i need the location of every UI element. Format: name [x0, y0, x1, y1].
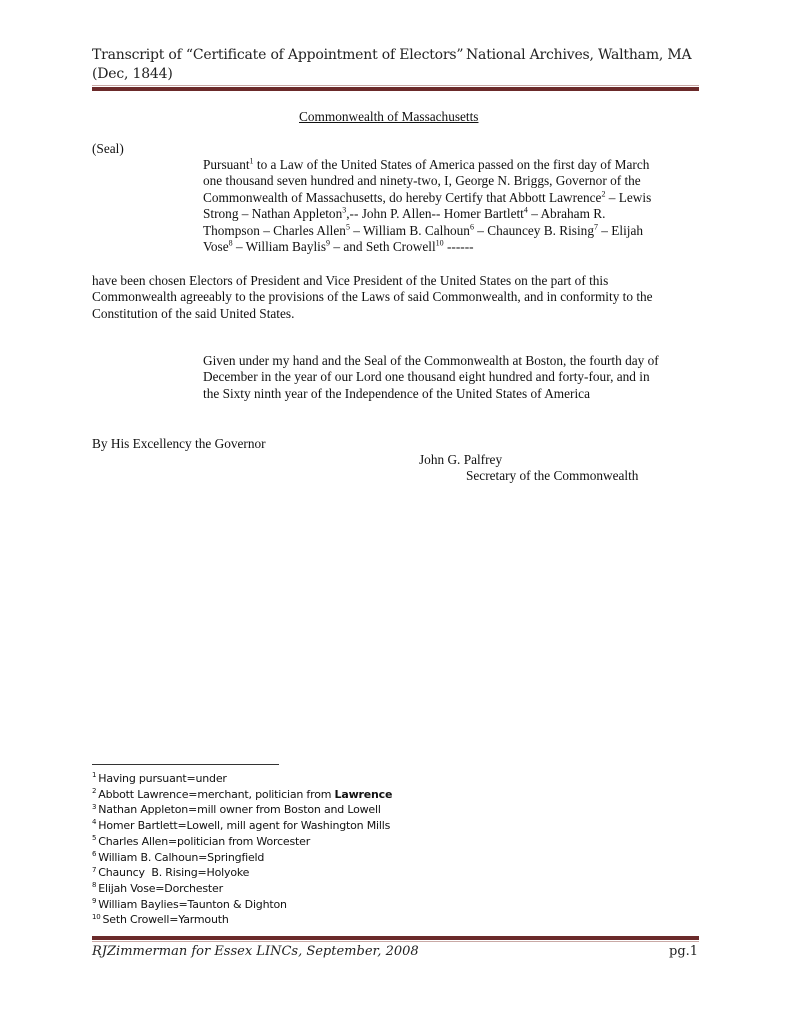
- footnote-number: 1: [92, 771, 96, 779]
- footnote-ref: 10: [436, 239, 444, 248]
- header-title: Transcript of “Certificate of Appointmen…: [92, 47, 463, 63]
- paragraph-line: Given under my hand and the Seal of the …: [203, 353, 703, 369]
- text-run: – Abraham R.: [528, 206, 606, 221]
- footnote-item: 4Homer Bartlett=Lowell, mill agent for W…: [92, 818, 492, 834]
- footnote-text: William Baylies=Taunton & Dighton: [98, 898, 287, 911]
- footnote-separator: [92, 764, 279, 765]
- text-run: Vose: [203, 239, 229, 254]
- footnote-text: Seth Crowell=Yarmouth: [103, 913, 229, 926]
- footnote-item: 2Abbott Lawrence=merchant, politician fr…: [92, 787, 492, 803]
- footnote-number: 6: [92, 850, 96, 858]
- footnote-text: Elijah Vose=Dorchester: [98, 882, 223, 895]
- header-rule-thin: [92, 85, 699, 86]
- paragraph-line: December in the year of our Lord one tho…: [203, 369, 703, 385]
- footnote-number: 4: [92, 818, 96, 826]
- text-run: – Chauncey B. Rising: [474, 223, 594, 238]
- footnote-item: 5Charles Allen=politician from Worcester: [92, 834, 492, 850]
- text-run: – and Seth Crowell: [330, 239, 436, 254]
- text-run: – Lewis: [605, 190, 651, 205]
- footnote-item: 3Nathan Appleton=mill owner from Boston …: [92, 802, 492, 818]
- footnote-text: Chauncy B. Rising=Holyoke: [98, 866, 249, 879]
- footnote-item: 6William B. Calhoun=Springfield: [92, 850, 492, 866]
- footnote-number: 10: [92, 913, 101, 921]
- header-source: National Archives, Waltham, MA: [466, 47, 691, 63]
- text-run: one thousand seven hundred and ninety-tw…: [203, 173, 641, 188]
- text-run: Commonwealth of Massachusetts, do hereby…: [203, 190, 601, 205]
- paragraph-line: the Sixty ninth year of the Independence…: [203, 386, 703, 402]
- header-date: (Dec, 1844): [92, 66, 173, 82]
- paragraph-line: have been chosen Electors of President a…: [92, 273, 702, 289]
- footer-author: RJZimmerman for Essex LINCs, September, …: [92, 944, 419, 959]
- footnote-text: William B. Calhoun=Springfield: [98, 851, 264, 864]
- paragraph-line: Vose8 – William Baylis9 – and Seth Crowe…: [203, 239, 703, 255]
- footnote-text: Homer Bartlett=Lowell, mill agent for Wa…: [98, 819, 390, 832]
- footnote-text: Charles Allen=politician from Worcester: [98, 835, 310, 848]
- footnote-number: 3: [92, 803, 96, 811]
- text-run: – Elijah: [598, 223, 643, 238]
- footnote-item: 8Elijah Vose=Dorchester: [92, 881, 492, 897]
- paragraph-line: Constitution of the said United States.: [92, 306, 702, 322]
- footnote-number: 5: [92, 834, 96, 842]
- footnotes: 1Having pursuant=under2Abbott Lawrence=m…: [92, 771, 492, 928]
- paragraph-line: Thompson – Charles Allen5 – William B. C…: [203, 223, 703, 239]
- footnote-item: 9William Baylies=Taunton & Dighton: [92, 897, 492, 913]
- footnote-item: 7Chauncy B. Rising=Holyoke: [92, 865, 492, 881]
- chosen-paragraph: have been chosen Electors of President a…: [92, 273, 702, 322]
- seal-label: (Seal): [92, 141, 124, 157]
- footnote-number: 8: [92, 881, 96, 889]
- footnote-text: Nathan Appleton=mill owner from Boston a…: [98, 803, 380, 816]
- text-run: Pursuant: [203, 157, 250, 172]
- given-paragraph: Given under my hand and the Seal of the …: [203, 353, 703, 402]
- paragraph-line: Pursuant1 to a Law of the United States …: [203, 157, 703, 173]
- text-run: Strong – Nathan Appleton: [203, 206, 342, 221]
- paragraph-line: Commonwealth agreeably to the provisions…: [92, 289, 702, 305]
- by-governor: By His Excellency the Governor: [92, 436, 266, 452]
- text-run: ------: [444, 239, 474, 254]
- paragraph-line: one thousand seven hundred and ninety-tw…: [203, 173, 703, 189]
- page-number: pg.1: [669, 944, 698, 959]
- signatory-name: John G. Palfrey: [419, 452, 502, 468]
- footnote-item: 10Seth Crowell=Yarmouth: [92, 912, 492, 928]
- footnote-text: Abbott Lawrence=merchant, politician fro…: [98, 788, 334, 801]
- footer-rule: [92, 936, 699, 940]
- signatory-title: Secretary of the Commonwealth: [466, 468, 638, 484]
- document-heading: Commonwealth of Massachusetts: [299, 109, 478, 125]
- text-run: to a Law of the United States of America…: [254, 157, 650, 172]
- text-run: Thompson – Charles Allen: [203, 223, 346, 238]
- footnote-number: 7: [92, 866, 96, 874]
- header-rule: [92, 87, 699, 91]
- paragraph-line: Commonwealth of Massachusetts, do hereby…: [203, 190, 703, 206]
- pursuant-paragraph: Pursuant1 to a Law of the United States …: [203, 157, 703, 255]
- footnote-text: Having pursuant=under: [98, 772, 226, 785]
- footnote-item: 1Having pursuant=under: [92, 771, 492, 787]
- paragraph-line: Strong – Nathan Appleton3,-- John P. All…: [203, 206, 703, 222]
- footnote-bold-text: Lawrence: [335, 788, 393, 801]
- text-run: ,-- John P. Allen-- Homer Bartlett: [346, 206, 524, 221]
- footer-rule-thin: [92, 941, 699, 942]
- footnote-number: 2: [92, 787, 96, 795]
- text-run: – William Baylis: [233, 239, 326, 254]
- text-run: – William B. Calhoun: [350, 223, 470, 238]
- footnote-number: 9: [92, 897, 96, 905]
